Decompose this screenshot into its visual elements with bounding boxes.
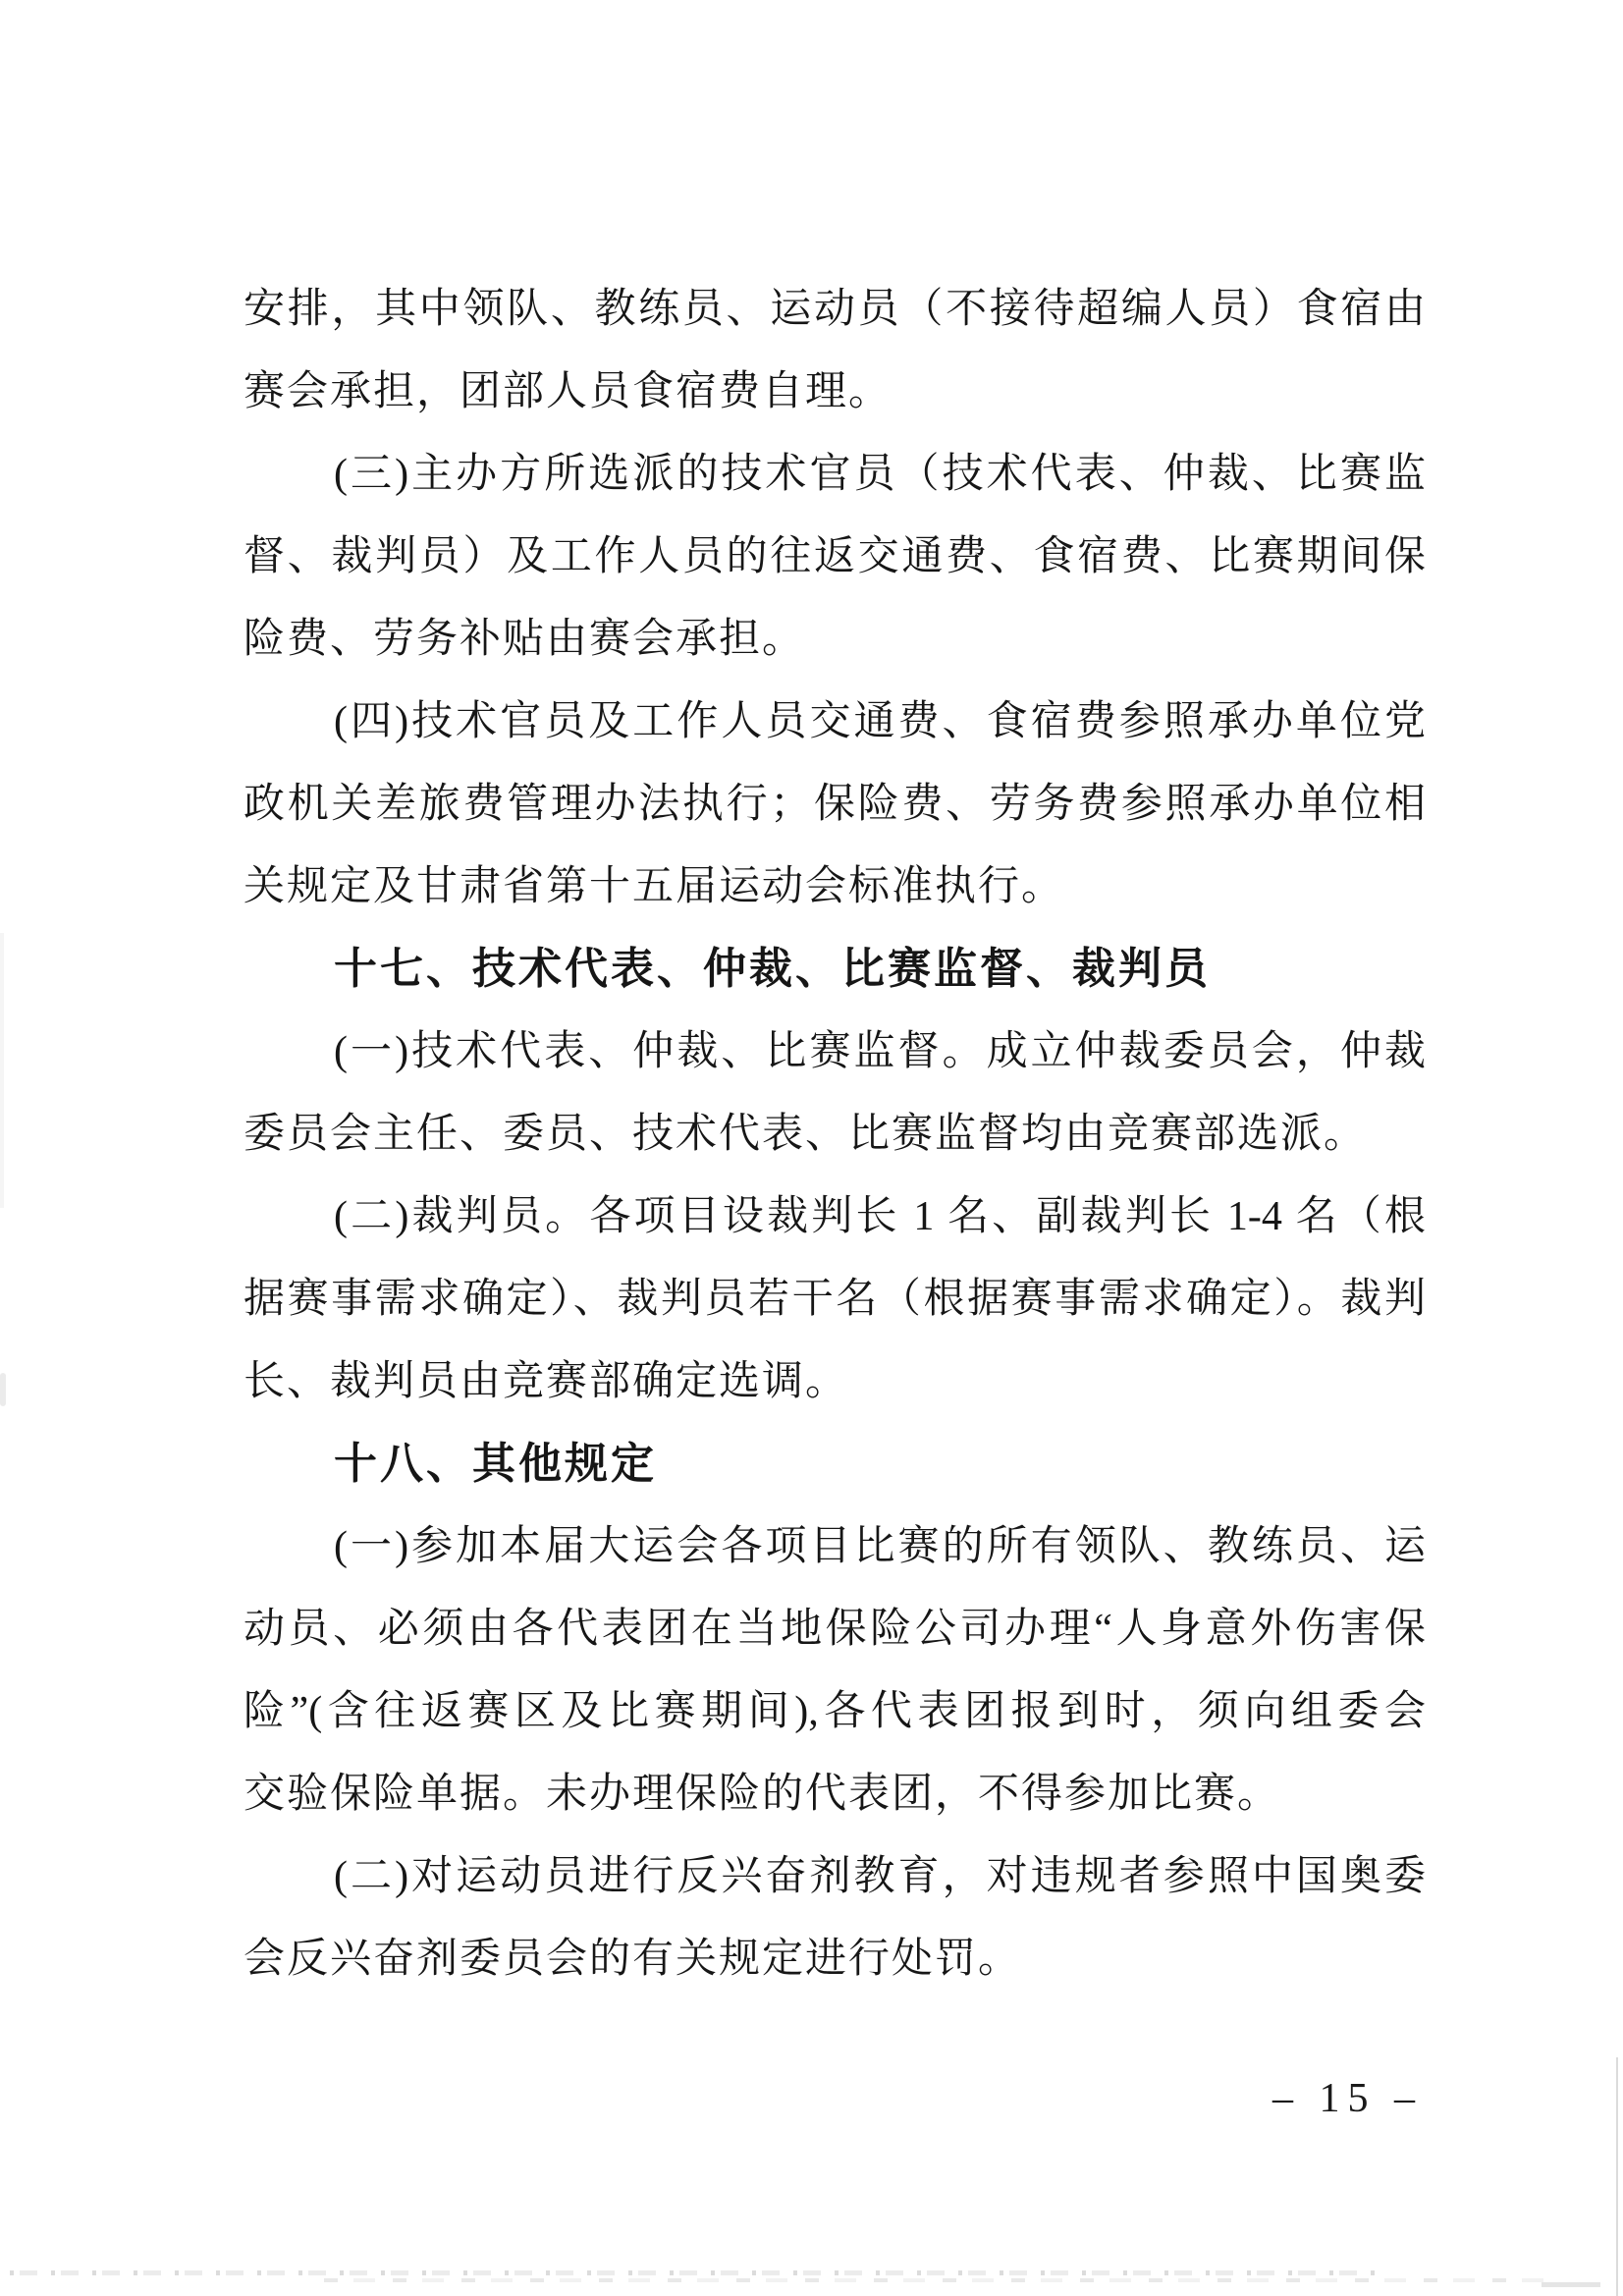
scan-artifact-bottom-dashes <box>10 2270 1375 2275</box>
text-line: 督、裁判员）及工作人员的往返交通费、食宿费、比赛期间保 <box>243 516 1426 598</box>
text-line: (二)对运动员进行反兴奋剂教育，对违规者参照中国奥委 <box>243 1835 1426 1918</box>
text-line: 关规定及甘肃省第十五届运动会标准执行。 <box>243 846 1426 928</box>
scan-artifact-left-edge-smudge <box>0 1373 6 1406</box>
text-line: 险”(含往返赛区及比赛期间),各代表团报到时，须向组委会 <box>243 1670 1426 1753</box>
text-line: (三)主办方所选派的技术官员（技术代表、仲裁、比赛监 <box>243 433 1426 516</box>
scan-artifact-right-edge-line <box>1616 2057 1618 2296</box>
text-line: (一)技术代表、仲裁、比赛监督。成立仲裁委员会，仲裁 <box>243 1011 1426 1093</box>
text-line: 交验保险单据。未办理保险的代表团，不得参加比赛。 <box>243 1753 1426 1835</box>
text-block: 安排，其中领队、教练员、运动员（不接待超编人员）食宿由 赛会承担，团部人员食宿费… <box>243 268 1426 2000</box>
scan-artifact-left-edge-smudge <box>0 933 4 1208</box>
text-line: 险费、劳务补贴由赛会承担。 <box>243 598 1426 681</box>
text-line: 政机关差旅费管理办法执行；保险费、劳务费参照承办单位相 <box>243 763 1426 846</box>
text-line: (一)参加本届大运会各项目比赛的所有领队、教练员、运 <box>243 1505 1426 1588</box>
text-line: 据赛事需求确定）、裁判员若干名（根据赛事需求确定）。裁判 <box>243 1258 1426 1340</box>
text-line: 长、裁判员由竞赛部确定选调。 <box>243 1340 1426 1423</box>
page-number: – 15 – <box>1272 2074 1423 2123</box>
scan-artifact-bottom-dashes <box>324 2278 1561 2282</box>
scanned-document-page: 安排，其中领队、教练员、运动员（不接待超编人员）食宿由 赛会承担，团部人员食宿费… <box>0 0 1623 2296</box>
text-line: 委员会主任、委员、技术代表、比赛监督均由竞赛部选派。 <box>243 1093 1426 1175</box>
text-line: (四)技术官员及工作人员交通费、食宿费参照承办单位党 <box>243 681 1426 763</box>
section-heading-18: 十八、其他规定 <box>243 1423 1426 1505</box>
text-line: 会反兴奋剂委员会的有关规定进行处罚。 <box>243 1918 1426 2000</box>
section-heading-17: 十七、技术代表、仲裁、比赛监督、裁判员 <box>243 928 1426 1011</box>
text-line: (二)裁判员。各项目设裁判长 1 名、副裁判长 1-4 名（根 <box>243 1175 1426 1258</box>
scan-artifact-bottom-smudge <box>1542 2282 1600 2287</box>
text-line: 动员、必须由各代表团在当地保险公司办理“人身意外伤害保 <box>243 1588 1426 1670</box>
text-line: 赛会承担，团部人员食宿费自理。 <box>243 351 1426 433</box>
text-line: 安排，其中领队、教练员、运动员（不接待超编人员）食宿由 <box>243 268 1426 351</box>
